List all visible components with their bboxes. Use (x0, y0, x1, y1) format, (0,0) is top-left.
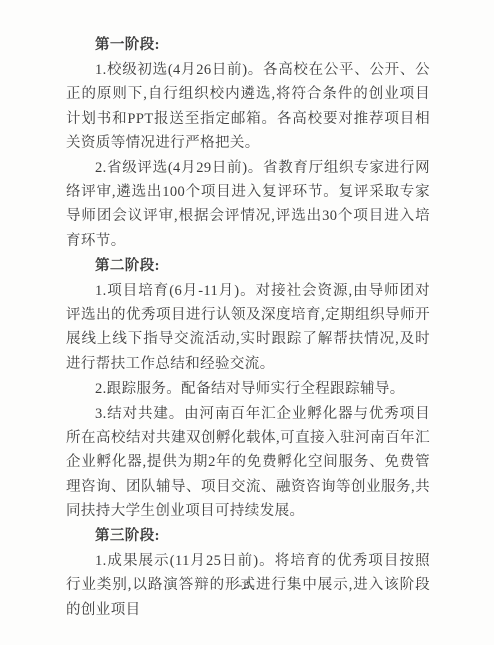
stage-2-paragraph-tracking-service: 2.跟踪服务。配备结对导师实行全程跟踪辅导。 (66, 377, 430, 401)
stage-2-paragraph-project-incubation: 1.项目培育(6月-11月)。对接社会资源,由导师团对评选出的优秀项目进行认领及… (66, 279, 430, 376)
stage-1-paragraph-school-selection: 1.校级初选(4月26日前)。各高校在公平、公开、公正的原则下,自行组织校内遴选… (66, 58, 430, 155)
stage-3-heading: 第三阶段: (66, 524, 430, 548)
stage-1-heading: 第一阶段: (66, 33, 430, 57)
document-body-text: 第一阶段: 1.校级初选(4月26日前)。各高校在公平、公开、公正的原则下,自行… (66, 33, 430, 622)
stage-2-paragraph-pairing-cobuild: 3.结对共建。由河南百年汇企业孵化器与优秀项目所在高校结对共建双创孵化载体,可直… (66, 402, 430, 523)
stage-1-paragraph-provincial-selection: 2.省级评选(4月29日前)。省教育厅组织专家进行网络评审,遴选出100个项目进… (66, 156, 430, 253)
stage-2-heading: 第二阶段: (66, 254, 430, 278)
document-page: 第一阶段: 1.校级初选(4月26日前)。各高校在公平、公开、公正的原则下,自行… (0, 0, 494, 645)
page-number: -3- (0, 578, 494, 593)
